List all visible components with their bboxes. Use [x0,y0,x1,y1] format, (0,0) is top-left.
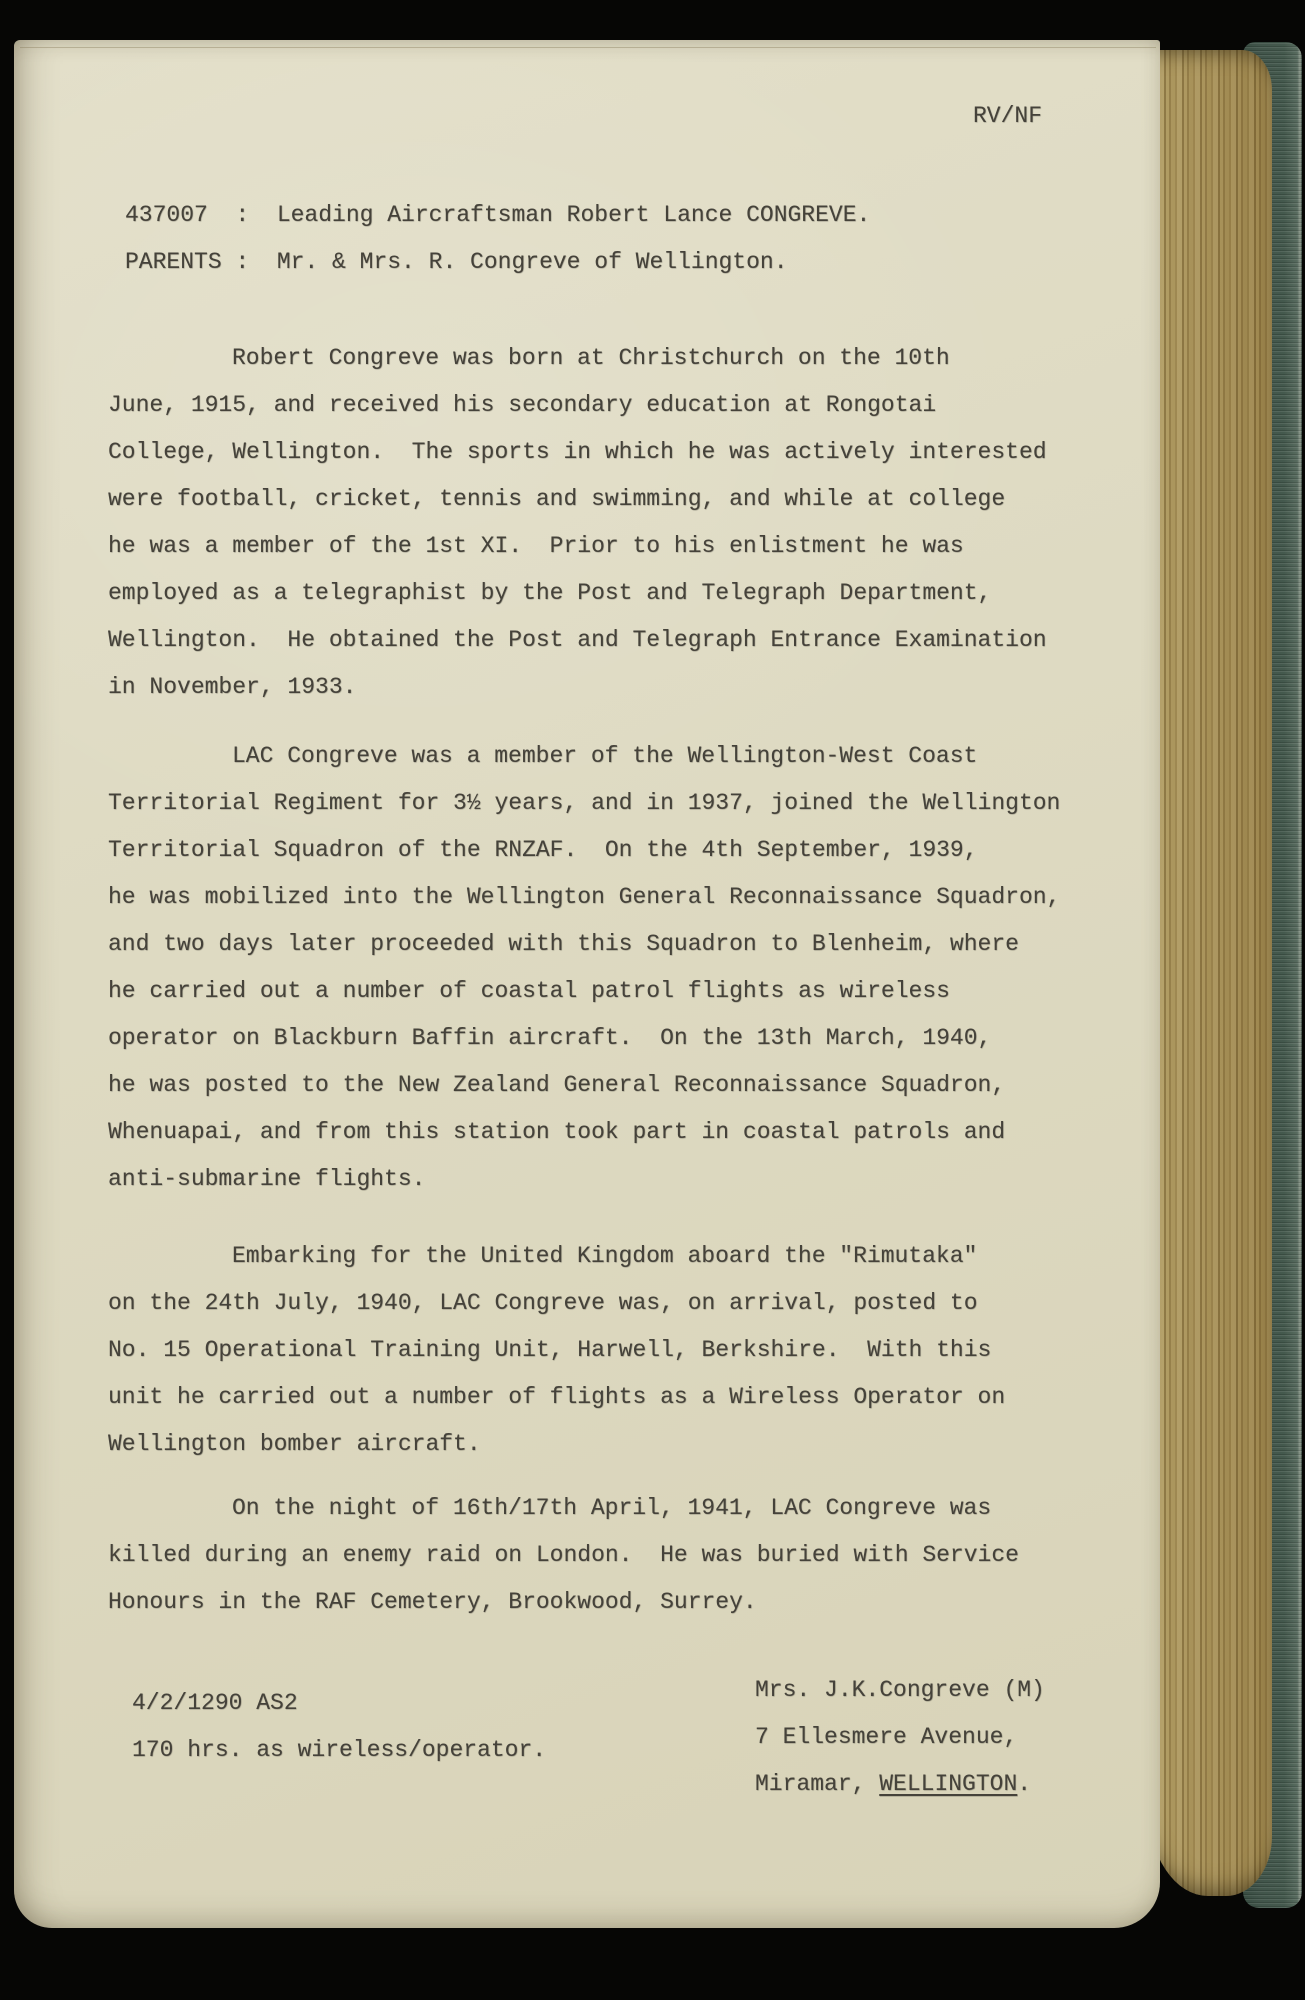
typed-line: unit he carried out a number of flights … [108,1374,1005,1421]
next-of-kin-name: Mrs. J.K.Congreve (M) [755,1667,1045,1714]
typed-line: he was posted to the New Zealand General… [108,1062,1060,1109]
book-photo-scene: RV/NF 437007 : Leading Aircraftsman Robe… [0,0,1305,2000]
reference-code: RV/NF [973,93,1042,140]
typed-line: Embarking for the United Kingdom aboard … [108,1233,1005,1280]
typed-line: Territorial Squadron of the RNZAF. On th… [108,827,1060,874]
typed-line: and two days later proceeded with this S… [108,921,1060,968]
city-suffix: . [1017,1771,1031,1797]
next-of-kin-block: Mrs. J.K.Congreve (M) 7 Ellesmere Avenue… [755,1667,1045,1808]
typed-line: he carried out a number of coastal patro… [108,968,1060,1015]
typed-line: Whenuapai, and from this station took pa… [108,1109,1060,1156]
paragraph-early-life: Robert Congreve was born at Christchurch… [108,335,1047,711]
typed-line: LAC Congreve was a member of the Welling… [108,733,1060,780]
typed-line: on the 24th July, 1940, LAC Congreve was… [108,1280,1005,1327]
paragraph-military-service: LAC Congreve was a member of the Welling… [108,733,1060,1203]
document-page: RV/NF 437007 : Leading Aircraftsman Robe… [14,40,1160,1928]
typed-line: June, 1915, and received his secondary e… [108,382,1047,429]
typed-line: killed during an enemy raid on London. H… [108,1532,1019,1579]
typed-line: anti-submarine flights. [108,1156,1060,1203]
next-of-kin-city: Miramar, WELLINGTON. [755,1761,1045,1808]
typed-line: were football, cricket, tennis and swimm… [108,476,1047,523]
flying-hours-line: 170 hrs. as wireless/operator. [132,1727,546,1774]
photo-background: { "meta": { "paper_color": "#dfdbc3", "i… [0,0,1305,2000]
service-number-line: 437007 : Leading Aircraftsman Robert Lan… [125,192,870,239]
parents-line: PARENTS : Mr. & Mrs. R. Congreve of Well… [125,239,870,286]
typed-line: Wellington. He obtained the Post and Tel… [108,617,1047,664]
typed-line: Robert Congreve was born at Christchurch… [108,335,1047,382]
typed-line: he was mobilized into the Wellington Gen… [108,874,1060,921]
typed-line: in November, 1933. [108,664,1047,711]
typed-line: Honours in the RAF Cemetery, Brookwood, … [108,1579,1019,1626]
city-prefix: Miramar, [755,1771,879,1797]
record-reference-block: 4/2/1290 AS2 170 hrs. as wireless/operat… [132,1680,546,1774]
typed-line: On the night of 16th/17th April, 1941, L… [108,1485,1019,1532]
city-underlined: WELLINGTON [879,1771,1017,1797]
next-of-kin-street: 7 Ellesmere Avenue, [755,1714,1045,1761]
typed-line: College, Wellington. The sports in which… [108,429,1047,476]
typed-line: he was a member of the 1st XI. Prior to … [108,523,1047,570]
typed-line: operator on Blackburn Baffin aircraft. O… [108,1015,1060,1062]
typed-line: Wellington bomber aircraft. [108,1421,1005,1468]
typed-line: No. 15 Operational Training Unit, Harwel… [108,1327,1005,1374]
page-stack-edges [1148,50,1272,1896]
service-header: 437007 : Leading Aircraftsman Robert Lan… [125,192,870,286]
typed-line: Territorial Regiment for 3½ years, and i… [108,780,1060,827]
typed-line: employed as a telegraphist by the Post a… [108,570,1047,617]
paragraph-united-kingdom: Embarking for the United Kingdom aboard … [108,1233,1005,1468]
file-reference-line: 4/2/1290 AS2 [132,1680,546,1727]
paragraph-death: On the night of 16th/17th April, 1941, L… [108,1485,1019,1626]
